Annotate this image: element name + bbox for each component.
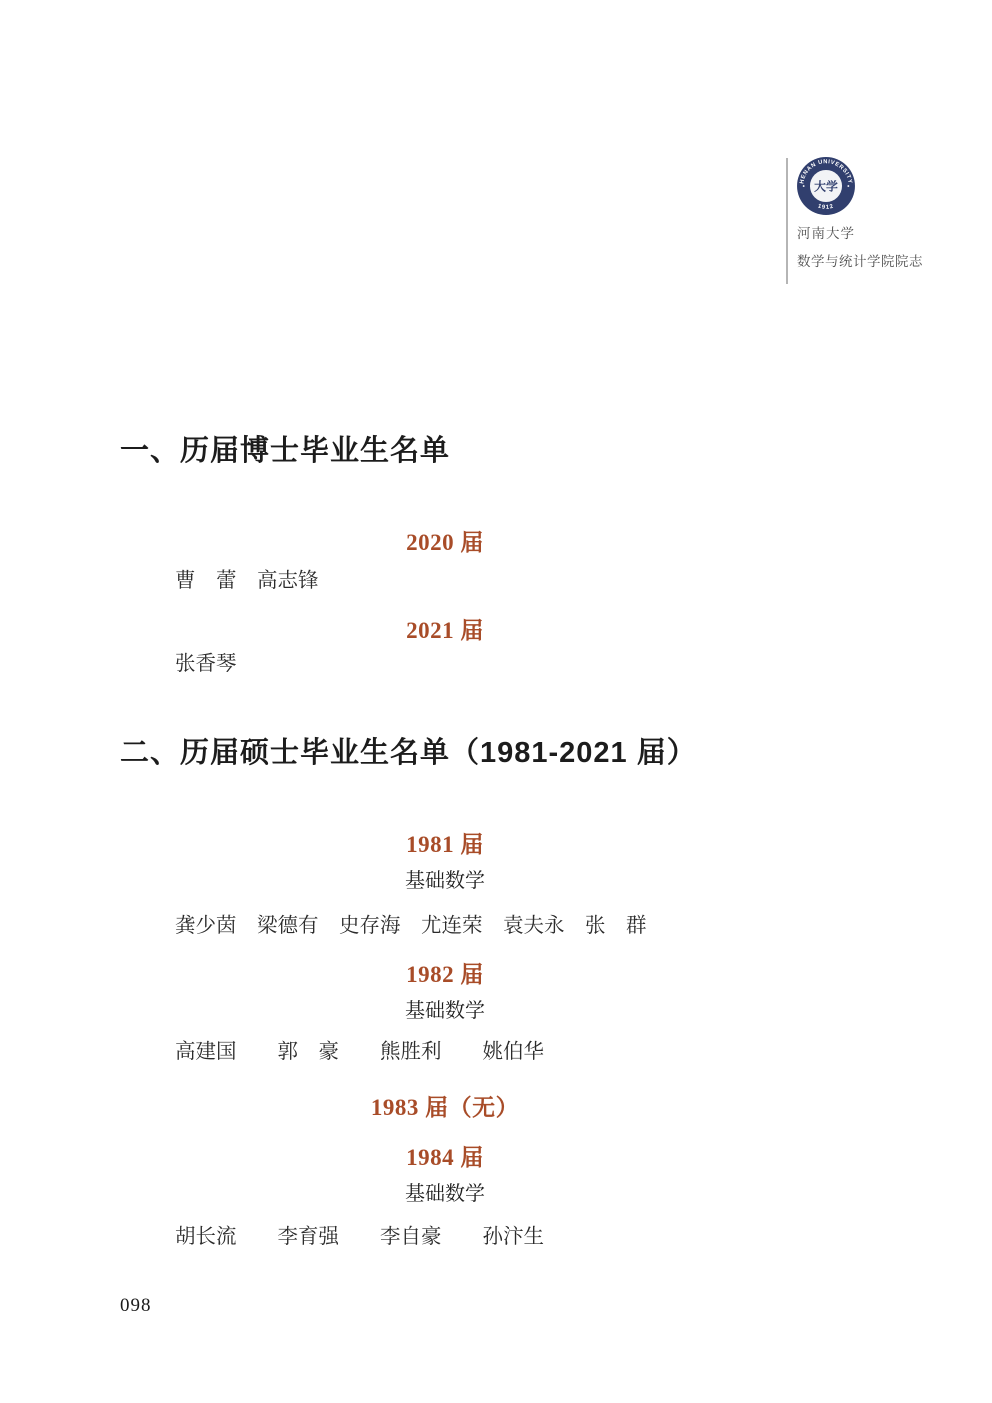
names-row-1984: 胡长流 李育强 李自豪 孙汴生: [120, 1223, 770, 1251]
seal-dot-right: [847, 185, 849, 187]
document-page: HENAN UNIVERSITY 1912 大学 河南大学 数学与统计学院院志 …: [0, 0, 992, 1403]
doctoral-graduates-heading: 一、历届博士毕业生名单: [120, 433, 770, 469]
header-university-name: 河南大学: [797, 222, 855, 242]
year-heading-1982: 1982 届: [120, 960, 770, 990]
major-label-1982: 基础数学: [120, 998, 770, 1024]
names-row-1981: 龚少茵 梁德有 史存海 尤连荣 袁夫永 张 群: [120, 912, 770, 940]
names-row-1982: 高建国 郭 豪 熊胜利 姚伯华: [120, 1038, 770, 1066]
names-row-2021: 张香琴: [120, 650, 770, 678]
year-heading-1984: 1984 届: [120, 1143, 770, 1173]
henan-university-seal-logo: HENAN UNIVERSITY 1912 大学: [796, 156, 856, 216]
year-heading-1983: 1983 届（无）: [120, 1093, 770, 1123]
major-label-1984: 基础数学: [120, 1181, 770, 1207]
master-graduates-heading: 二、历届硕士毕业生名单（1981-2021 届）: [120, 735, 770, 771]
page-content: 一、历届博士毕业生名单 2020 届 曹 蕾 高志锋 2021 届 张香琴 二、…: [120, 0, 770, 1251]
major-label-1981: 基础数学: [120, 868, 770, 894]
seal-center-glyphs: 大学: [814, 180, 838, 194]
seal-dot-left: [803, 185, 805, 187]
year-heading-2020: 2020 届: [120, 528, 770, 558]
year-heading-2021: 2021 届: [120, 616, 770, 646]
page-number: 098: [120, 1295, 152, 1317]
header-book-title: 数学与统计学院院志: [797, 250, 923, 270]
year-heading-1981: 1981 届: [120, 830, 770, 860]
header-divider: [786, 158, 788, 284]
names-row-2020: 曹 蕾 高志锋: [120, 567, 770, 595]
